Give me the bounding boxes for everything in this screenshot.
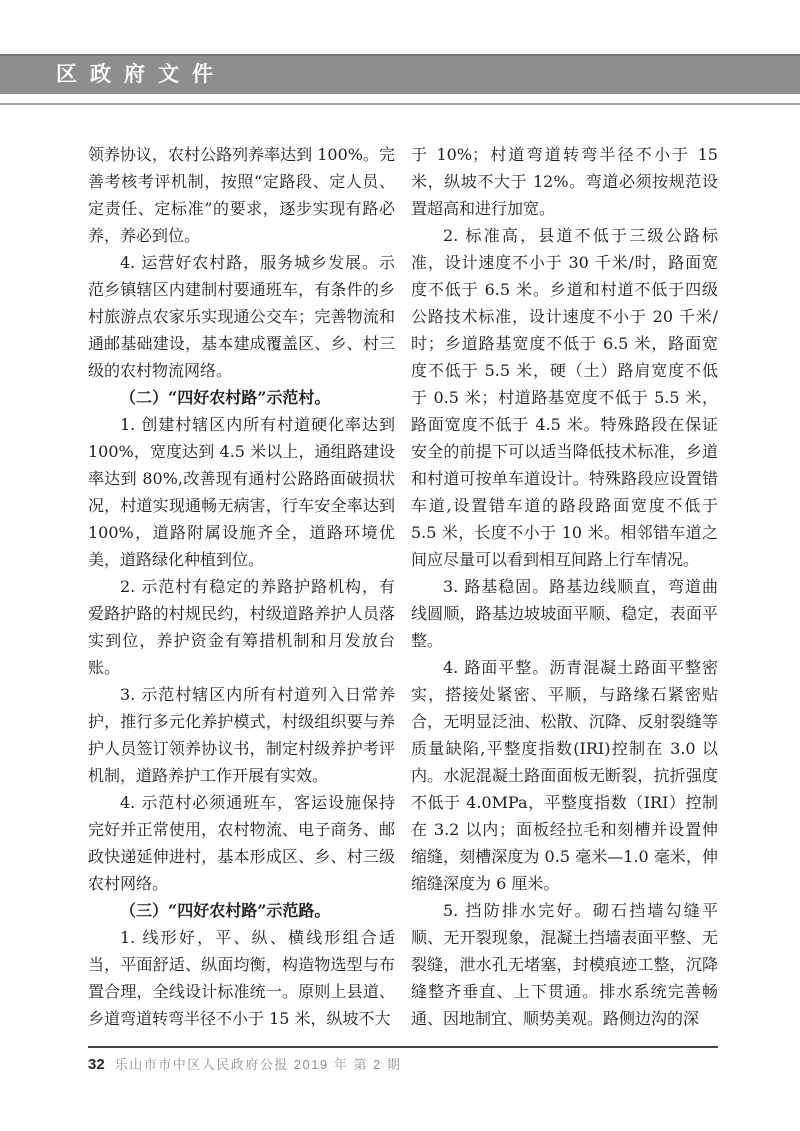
main-content: 领养协议，农村公路列养率达到 100%。完善考核考评机制，按照“定路段、定人员、…: [88, 141, 718, 1032]
right-column: 于 10%；村道弯道转弯半径不小于 15 米，纵坡不大于 12%。弯道必须按规范…: [411, 141, 718, 1032]
paragraph: 领养协议，农村公路列养率达到 100%。完善考核考评机制，按照“定路段、定人员、…: [88, 141, 395, 249]
paragraph: 3. 示范村辖区内所有村道列入日常养护，推行多元化养护模式，村级组织要与养护人员…: [88, 681, 395, 789]
paragraph: 4. 示范村必须通班车，客运设施保持完好并正常使用，农村物流、电子商务、邮政快递…: [88, 789, 395, 897]
paragraph: 4. 运营好农村路，服务城乡发展。示范乡镇辖区内建制村要通班车，有条件的乡村旅游…: [88, 249, 395, 384]
paragraph: 2. 示范村有稳定的养路护路机构，有爱路护路的村规民约，村级道路养护人员落实到位…: [88, 573, 395, 681]
header-band: 区政府文件: [0, 54, 800, 94]
document-page: 区政府文件 领养协议，农村公路列养率达到 100%。完善考核考评机制，按照“定路…: [0, 0, 800, 1131]
paragraph: 2. 标准高，县道不低于三级公路标准，设计速度不小于 30 千米/时，路面宽度不…: [411, 222, 718, 573]
paragraph: 1. 创建村辖区内所有村道硬化率达到 100%，宽度达到 4.5 米以上，通组路…: [88, 411, 395, 573]
paragraph: 于 10%；村道弯道转弯半径不小于 15 米，纵坡不大于 12%。弯道必须按规范…: [411, 141, 718, 222]
paragraph: 1. 线形好，平、纵、横线形组合适当，平面舒适、纵面均衡，构造物选型与布置合理，…: [88, 924, 395, 1032]
paragraph: 5. 挡防排水完好。砌石挡墙勾缝平顺、无开裂现象，混凝土挡墙表面平整、无裂缝，泄…: [411, 897, 718, 1032]
footer: 32 乐山市市中区人民政府公报 2019 年 第 2 期: [88, 1054, 718, 1073]
page-number: 32: [88, 1056, 105, 1073]
paragraph: 4. 路面平整。沥青混凝土路面平整密实，搭接处紧密、平顺，与路缘石紧密贴合，无明…: [411, 654, 718, 897]
paragraph: 3. 路基稳固。路基边线顺直，弯道曲线圆顺，路基边坡坡面平顺、稳定，表面平整。: [411, 573, 718, 654]
section-heading: （二）“四好农村路”示范村。: [88, 384, 395, 411]
footer-rule: [88, 1046, 718, 1048]
left-column: 领养协议，农村公路列养率达到 100%。完善考核考评机制，按照“定路段、定人员、…: [88, 141, 395, 1032]
header-separator-rule: [0, 103, 800, 105]
section-heading: （三）“四好农村路”示范路。: [88, 897, 395, 924]
footer-publication: 乐山市市中区人民政府公报 2019 年 第 2 期: [115, 1054, 402, 1073]
header-band-title: 区政府文件: [0, 56, 800, 94]
